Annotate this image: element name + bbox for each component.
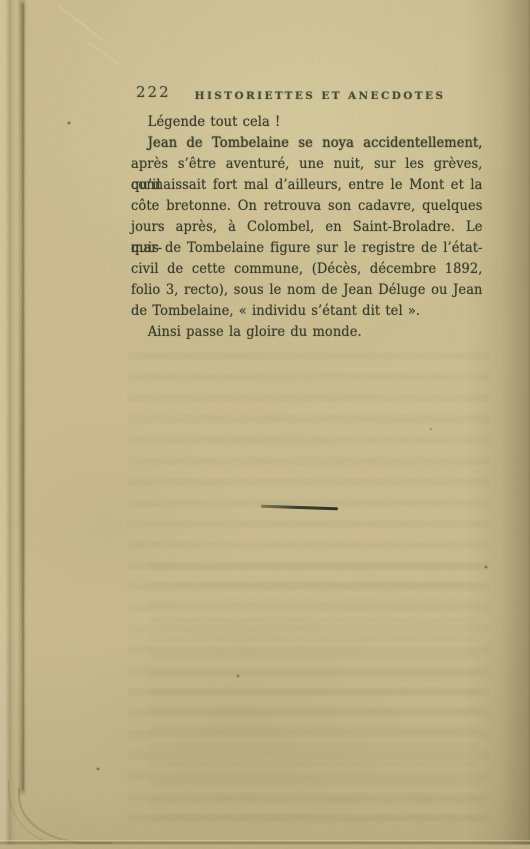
paper-scratch — [87, 41, 119, 64]
section-divider-rule — [261, 505, 338, 511]
text-line: civil de cette commune, (Décès, décembre… — [131, 259, 483, 280]
text-line: quis de Tombelaine figure sur le registr… — [131, 238, 483, 259]
paper-scratch — [58, 5, 103, 40]
verso-show-through — [128, 352, 490, 832]
text-line: Jean de Tombelaine se noya accidentellem… — [131, 133, 483, 154]
text-line: jours après, à Colombel, en Saint-Brolad… — [131, 217, 483, 238]
text-line: de Tombelaine, « individu s’étant dit te… — [131, 301, 483, 322]
binding-crease-line — [22, 4, 24, 790]
book-page: 222 HISTORIETTES ET ANECDOTES Légende to… — [0, 0, 530, 849]
text-line: Légende tout cela ! — [131, 112, 483, 133]
text-line: côte bretonne. On retrouva son cadavre, … — [131, 196, 483, 217]
text-line: folio 3, recto), sous le nom de Jean Dél… — [131, 280, 483, 301]
left-gutter-edge — [0, 0, 18, 849]
page-corner-curl — [18, 788, 112, 844]
running-head: HISTORIETTES ET ANECDOTES — [150, 90, 490, 102]
text-line: connaissait fort mal d’ailleurs, entre l… — [131, 175, 483, 196]
page-corner-curl — [8, 780, 81, 843]
text-line: après s’être aventuré, une nuit, sur les… — [131, 154, 483, 175]
foxing-specks — [0, 0, 2, 2]
binding-crease — [19, 0, 25, 794]
verso-show-through — [150, 560, 480, 820]
text-line: Ainsi passe la gloire du monde. — [131, 322, 483, 343]
binding-crease-faint — [9, 0, 11, 849]
bottom-page-edge — [0, 839, 530, 849]
text-block: Légende tout cela ! Jean de Tombelaine s… — [131, 112, 483, 343]
